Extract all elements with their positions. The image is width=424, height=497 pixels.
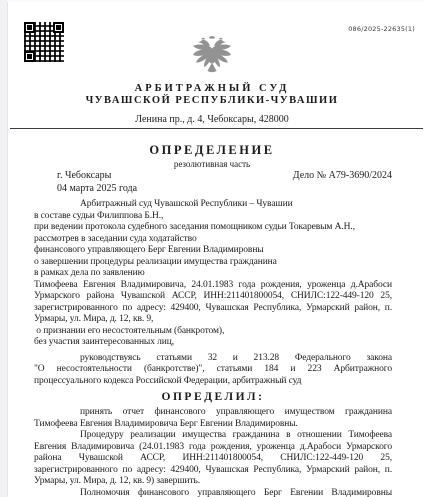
legal-basis-line: руководствуясь статьями 32 и 213.28 Феде… [34, 353, 392, 365]
body-line: Арбитражный суд Чувашской Республики – Ч… [34, 199, 392, 211]
qr-finder-icon [53, 22, 64, 33]
document-subtitle: резолютивная часть [0, 159, 424, 169]
resolution-line: Процедуру реализации имущества гражданин… [34, 430, 392, 442]
resolution-line: района Чувашской АССР, ИНН:211401800054,… [34, 453, 392, 465]
body-line: зарегистрированного по адресу: 429400, Ч… [34, 303, 392, 315]
court-header: АРБИТРАЖНЫЙ СУД ЧУВАШСКОЙ РЕСПУБЛИКИ-ЧУВ… [0, 83, 424, 106]
body-line: финансового управляющего Берг Евгении Вл… [34, 245, 392, 257]
qr-finder-icon [24, 51, 35, 62]
case-meta: г. Чебоксары Дело № А79-3690/2024 04 мар… [34, 170, 392, 195]
page-edge-top [7, 0, 424, 2]
document-title: ОПРЕДЕЛЕНИЕ [0, 143, 424, 158]
case-number: Дело № А79-3690/2024 [293, 170, 392, 183]
resolution-line: принять отчет финансового управляющего и… [34, 407, 392, 419]
document-number: 086/2025-22635(1) [348, 25, 415, 33]
document-date: 04 марта 2025 года [34, 183, 392, 196]
body-line: в рамках дела по заявлению [34, 268, 392, 280]
body-line: Урмары, ул. Мира, д. 12, кв. 9, [34, 314, 392, 326]
resolution-line: Тимофеева Евгения Владимировича Берг Евг… [34, 419, 392, 431]
body-line: в составе судьи Филиппова Б.Н., [34, 211, 392, 223]
russia-coat-of-arms-icon [189, 36, 235, 74]
body-line: Урмарского района Чувашской АССР, ИНН:21… [34, 291, 392, 303]
body-line: рассмотрев в заседании суда ходатайство [34, 234, 392, 246]
document-body: Арбитражный суд Чувашской Республики – Ч… [34, 199, 392, 497]
header-divider [10, 128, 423, 129]
court-name-line1: АРБИТРАЖНЫЙ СУД [0, 83, 424, 94]
qr-finder-icon [24, 22, 35, 33]
court-address: Ленина пр., д. 4, Чебоксары, 428000 [0, 114, 424, 125]
legal-basis-line: "О несостоятельности (банкротстве)", ста… [34, 364, 392, 376]
resolution-line: Урмары, ул. Мира, д. 12, кв. 9) завершит… [34, 476, 392, 488]
body-line: о завершении процедуры реализации имущес… [34, 257, 392, 269]
legal-basis-line: процессуального кодекса Российской Федер… [34, 376, 392, 388]
body-line: без участия заинтересованных лиц, [34, 337, 392, 349]
court-name-line2: ЧУВАШСКОЙ РЕСПУБЛИКИ-ЧУВАШИИ [0, 95, 424, 106]
body-line: при ведении протокола судебного заседани… [34, 222, 392, 234]
court-document-page: 086/2025-22635(1) АРБИТРАЖНЫЙ СУД ЧУВАШС… [0, 0, 424, 497]
document-title-block: ОПРЕДЕЛЕНИЕ резолютивная часть [0, 143, 424, 169]
qr-code-icon [24, 22, 64, 62]
page-edge [0, 0, 8, 497]
resolution-line: зарегистрированного по адресу: 429400, Ч… [34, 465, 392, 477]
resolved-heading: ОПРЕДЕЛИЛ: [34, 391, 392, 403]
body-line: о признании его несостоятельным (банкрот… [34, 326, 392, 338]
resolution-line: Полномочия финансового управляющего Берг… [34, 488, 392, 497]
resolution-line: Евгения Владимировича (24.01.1983 года р… [34, 442, 392, 454]
city-label: г. Чебоксары [34, 170, 111, 183]
body-line: Тимофеева Евгения Владимировича, 24.01.1… [34, 280, 392, 292]
